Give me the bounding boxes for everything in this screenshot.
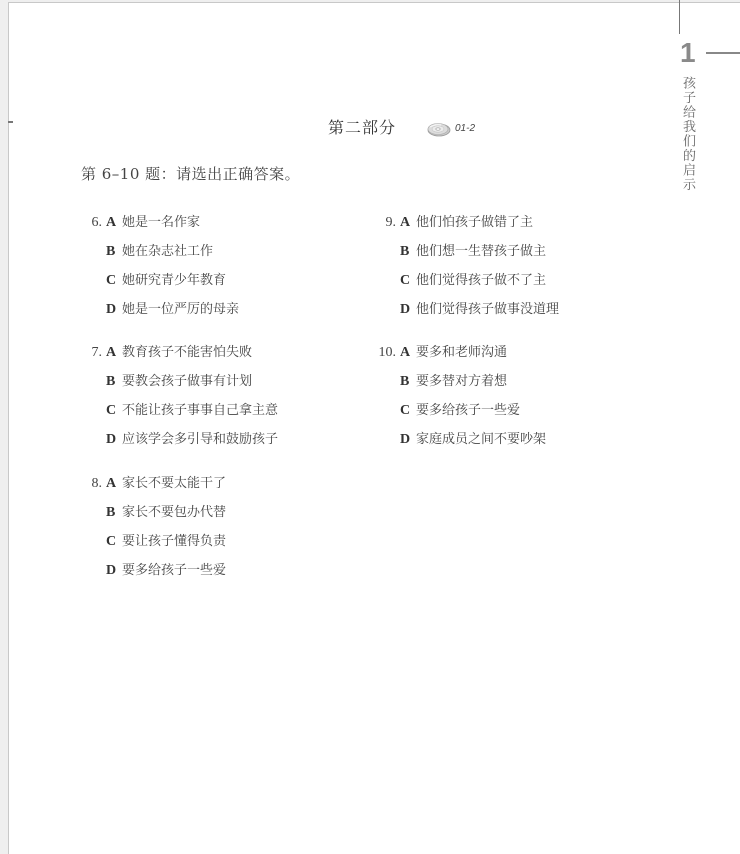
option-letter: B (106, 243, 122, 261)
option-text: 要让孩子懂得负责 (122, 533, 226, 551)
option-d: D他们觉得孩子做事没道理 (400, 301, 559, 330)
option-letter: D (400, 431, 416, 449)
chapter-title: 孩子给我们的启示 (681, 76, 695, 192)
option-text: 教育孩子不能害怕失败 (122, 344, 252, 362)
option-b: B他们想一生替孩子做主 (400, 243, 559, 272)
option-c: C要多给孩子一些爱 (400, 402, 546, 431)
option-text: 她是一位严厉的母亲 (122, 301, 239, 319)
margin-tick-mark (8, 121, 13, 123)
option-letter: C (106, 402, 122, 420)
audio-track-label: 01-2 (455, 123, 475, 135)
option-a: 7. A教育孩子不能害怕失败 (106, 344, 278, 373)
option-text: 他们怕孩子做错了主 (416, 214, 533, 232)
question-number: 7. (92, 344, 103, 362)
chapter-number: 1 (680, 38, 696, 68)
option-text: 他们想一生替孩子做主 (416, 243, 546, 261)
cd-icon (427, 121, 451, 137)
option-letter: A (106, 214, 122, 232)
option-letter: A (106, 475, 122, 493)
option-c: C要让孩子懂得负责 (106, 533, 226, 562)
question-7: 7. A教育孩子不能害怕失败 B要教会孩子做事有计划 C不能让孩子事事自己拿主意… (106, 344, 278, 460)
question-number: 6. (92, 214, 103, 232)
option-b: B要教会孩子做事有计划 (106, 373, 278, 402)
option-d: D家庭成员之间不要吵架 (400, 431, 546, 460)
option-letter: C (400, 272, 416, 290)
option-letter: C (106, 533, 122, 551)
option-letter: B (106, 373, 122, 391)
question-number: 8. (92, 475, 103, 493)
option-letter: B (106, 504, 122, 522)
option-a: 10. A要多和老师沟通 (400, 344, 546, 373)
option-letter: D (106, 431, 122, 449)
option-text: 要多给孩子一些爱 (416, 402, 520, 420)
question-number: 9. (386, 214, 397, 232)
option-b: B她在杂志社工作 (106, 243, 239, 272)
option-text: 要多和老师沟通 (416, 344, 507, 362)
option-text: 他们觉得孩子做事没道理 (416, 301, 559, 319)
option-text: 她是一名作家 (122, 214, 200, 232)
option-a: 8. A家长不要太能干了 (106, 475, 226, 504)
question-number: 10. (379, 344, 397, 362)
option-text: 要多给孩子一些爱 (122, 562, 226, 580)
option-d: D她是一位严厉的母亲 (106, 301, 239, 330)
option-b: B家长不要包办代替 (106, 504, 226, 533)
option-d: D应该学会多引导和鼓励孩子 (106, 431, 278, 460)
option-letter: D (106, 562, 122, 580)
option-b: B要多替对方着想 (400, 373, 546, 402)
section-title: 第二部分 (328, 117, 396, 139)
option-text: 她研究青少年教育 (122, 272, 226, 290)
option-a: 9. A他们怕孩子做错了主 (400, 214, 559, 243)
option-text: 他们觉得孩子做不了主 (416, 272, 546, 290)
option-a: 6. A她是一名作家 (106, 214, 239, 243)
instruction-text: 第 6–10 题：请选出正确答案。 (81, 164, 300, 184)
option-letter: D (106, 301, 122, 319)
option-text: 家长不要太能干了 (122, 475, 226, 493)
option-letter: B (400, 243, 416, 261)
option-letter: A (400, 344, 416, 362)
option-c: C他们觉得孩子做不了主 (400, 272, 559, 301)
chapter-tab-vertical-rule (679, 0, 680, 34)
question-9: 9. A他们怕孩子做错了主 B他们想一生替孩子做主 C他们觉得孩子做不了主 D他… (400, 214, 559, 330)
option-text: 要教会孩子做事有计划 (122, 373, 252, 391)
option-letter: D (400, 301, 416, 319)
question-8: 8. A家长不要太能干了 B家长不要包办代替 C要让孩子懂得负责 D要多给孩子一… (106, 475, 226, 591)
option-letter: C (106, 272, 122, 290)
question-6: 6. A她是一名作家 B她在杂志社工作 C她研究青少年教育 D她是一位严厉的母亲 (106, 214, 239, 330)
option-text: 不能让孩子事事自己拿主意 (122, 402, 278, 420)
option-letter: C (400, 402, 416, 420)
option-text: 要多替对方着想 (416, 373, 507, 391)
option-c: C她研究青少年教育 (106, 272, 239, 301)
chapter-tab-horizontal-rule (706, 52, 740, 54)
option-text: 家长不要包办代替 (122, 504, 226, 522)
option-text: 她在杂志社工作 (122, 243, 213, 261)
question-10: 10. A要多和老师沟通 B要多替对方着想 C要多给孩子一些爱 D家庭成员之间不… (400, 344, 546, 460)
option-letter: A (400, 214, 416, 232)
option-letter: A (106, 344, 122, 362)
option-d: D要多给孩子一些爱 (106, 562, 226, 591)
option-letter: B (400, 373, 416, 391)
option-text: 应该学会多引导和鼓励孩子 (122, 431, 278, 449)
option-c: C不能让孩子事事自己拿主意 (106, 402, 278, 431)
option-text: 家庭成员之间不要吵架 (416, 431, 546, 449)
